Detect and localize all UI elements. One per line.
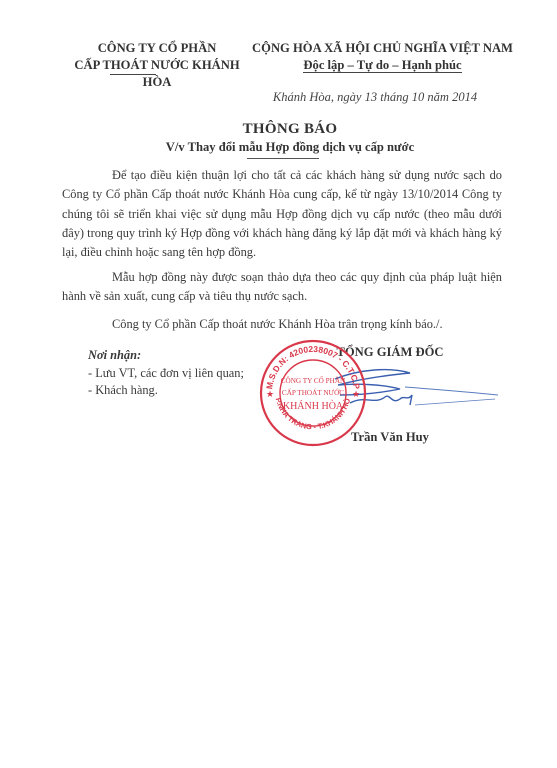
document-title: THÔNG BÁO [100, 121, 480, 138]
recipient-item: - Khách hàng. [88, 382, 244, 400]
body-paragraph: Mẫu hợp đồng này được soạn thảo dựa theo… [62, 268, 502, 307]
svg-text:★: ★ [352, 389, 360, 399]
date-line: Khánh Hòa, ngày 13 tháng 10 năm 2014 [240, 90, 510, 105]
company-line-2: CẤP THOÁT NƯỚC KHÁNH HÒA [62, 57, 252, 91]
recipient-item: - Lưu VT, các đơn vị liên quan; [88, 365, 244, 383]
company-header: CÔNG TY CỔ PHẦN CẤP THOÁT NƯỚC KHÁNH HÒA [62, 40, 252, 91]
signer-name: Trần Văn Huy [290, 430, 490, 445]
subtitle-underline [247, 158, 319, 159]
recipients-heading: Nơi nhận: [88, 347, 244, 365]
company-line-1: CÔNG TY CỔ PHẦN [62, 40, 252, 57]
national-title: CỘNG HÒA XÃ HỘI CHỦ NGHĨA VIỆT NAM [250, 40, 515, 57]
recipients-block: Nơi nhận: - Lưu VT, các đơn vị liên quan… [88, 347, 244, 400]
svg-text:KHÁNH HÒA: KHÁNH HÒA [283, 400, 344, 412]
body-paragraph: Để tạo điều kiện thuận lợi cho tất cả cá… [62, 166, 502, 262]
document-subtitle: V/v Thay đổi mẫu Hợp đồng dịch vụ cấp nư… [100, 140, 480, 155]
svg-text:CẤP THOÁT NƯỚC: CẤP THOÁT NƯỚC [282, 387, 344, 397]
closing-paragraph: Công ty Cổ phần Cấp thoát nước Khánh Hòa… [62, 315, 502, 334]
company-underline [110, 74, 156, 75]
svg-text:★: ★ [266, 389, 274, 399]
national-header: CỘNG HÒA XÃ HỘI CHỦ NGHĨA VIỆT NAM Độc l… [250, 40, 515, 74]
svg-text:CÔNG TY CỔ PHẦN: CÔNG TY CỔ PHẦN [281, 375, 346, 385]
national-motto: Độc lập – Tự do – Hạnh phúc [303, 58, 461, 73]
